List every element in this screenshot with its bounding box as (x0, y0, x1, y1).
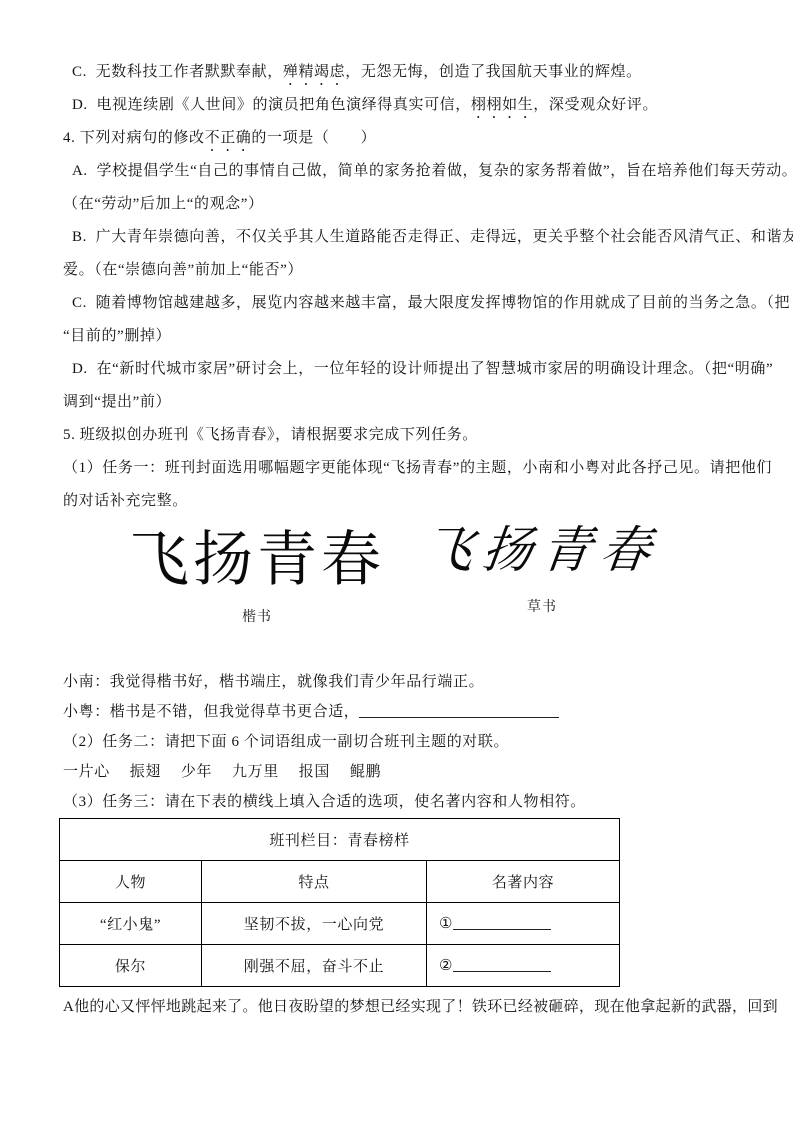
calligraphy-kaishu-label: 楷书 (126, 606, 388, 626)
text-line: 调到“提出”前） (63, 386, 735, 419)
emphasized-text: 不正确 (205, 130, 252, 146)
text-line: （在“劳动”后加上“的观念”） (63, 188, 735, 221)
answer-marker-2: ② (439, 958, 453, 974)
column-header-person: 人物 (60, 861, 202, 903)
text-run: 的对话补充完整。 (63, 493, 188, 509)
calligraphy-caoshu-text: 飞扬青春 (420, 510, 665, 582)
text-run: D. 在“新时代城市家居”研讨会上，一位年轻的设计师提出了智慧城市家居的明确设计… (72, 361, 773, 377)
famous-works-table: 班刊栏目：青春榜样 人物 特点 名著内容 “红小鬼” 坚韧不拔，一心向党 ① 保… (59, 818, 620, 987)
text-line: D. 电视连续剧《人世间》的演员把角色演绎得真实可信，栩栩如生，深受观众好评。 (63, 89, 735, 122)
text-line: 爱。（在“崇德向善”前加上“能否”） (63, 254, 735, 287)
excerpt-option-a-line: A他的心又怦怦地跳起来了。他日夜盼望的梦想已经实现了！铁环已经被砸碎，现在他拿起… (63, 995, 763, 1016)
calligraphy-caoshu-label: 草书 (424, 596, 660, 616)
answer-marker-1: ① (439, 916, 453, 932)
text-line: D. 在“新时代城市家居”研讨会上，一位年轻的设计师提出了智慧城市家居的明确设计… (63, 353, 735, 386)
calligraphy-kaishu-text: 飞扬青春 (126, 512, 388, 598)
text-line: A. 学校提倡学生“自己的事情自己做，简单的家务抢着做，复杂的家务帮着做”，旨在… (63, 155, 735, 188)
person-cell: “红小鬼” (60, 903, 202, 945)
table-title-row: 班刊栏目：青春榜样 (60, 819, 620, 861)
text-line: 5. 班级拟创办班刊《飞扬青春》，请根据要求完成下列任务。 (63, 419, 735, 452)
text-run: 调到“提出”前） (63, 394, 171, 410)
trait-cell: 刚强不屈，奋斗不止 (202, 945, 427, 987)
table-row: 保尔 刚强不屈，奋斗不止 ② (60, 945, 620, 987)
table-header-row: 人物 特点 名著内容 (60, 861, 620, 903)
table-row: “红小鬼” 坚韧不拔，一心向党 ① (60, 903, 620, 945)
text-line: 小粤：楷书是不错，但我觉得草书更合适， (63, 697, 735, 727)
person-cell: 保尔 (60, 945, 202, 987)
content-cell: ① (427, 903, 620, 945)
question-text-block: C. 无数科技工作者默默奉献，殚精竭虑，无怨无悔，创造了我国航天事业的辉煌。D.… (63, 56, 735, 518)
answer-blank-1 (453, 915, 551, 930)
text-run: 5. 班级拟创办班刊《飞扬青春》，请根据要求完成下列任务。 (63, 427, 478, 443)
text-run: 的一项是（ ） (251, 130, 376, 146)
calligraphy-caoshu-sample: 飞扬青春 草书 (424, 510, 660, 616)
text-line: “目前的”删掉） (63, 320, 735, 353)
text-run: 4. 下列对病句的修改 (63, 130, 205, 146)
trait-cell: 坚韧不拔，一心向党 (202, 903, 427, 945)
table-title-cell: 班刊栏目：青春榜样 (60, 819, 620, 861)
text-run: ，无怨无悔，创造了我国航天事业的辉煌。 (345, 64, 641, 80)
text-run: （3）任务三：请在下表的横线上填入合适的选项，使名著内容和人物相符。 (63, 794, 586, 810)
text-line: B. 广大青年崇德向善，不仅关乎其人生道路能否走得正、走得远，更关乎整个社会能否… (63, 221, 735, 254)
text-run: ，深受观众好评。 (533, 97, 658, 113)
text-line: 一片心 振翅 少年 九万里 报国 鲲鹏 (63, 757, 735, 787)
blank-underline (359, 703, 559, 718)
text-line: 4. 下列对病句的修改不正确的一项是（ ） (63, 122, 735, 155)
text-run: 小粤：楷书是不错，但我觉得草书更合适， (63, 704, 359, 720)
text-run: （1）任务一：班刊封面选用哪幅题字更能体现“飞扬青春”的主题，小南和小粤对此各抒… (63, 460, 772, 476)
text-line: （3）任务三：请在下表的横线上填入合适的选项，使名著内容和人物相符。 (63, 787, 735, 817)
text-run: （在“劳动”后加上“的观念”） (63, 196, 264, 212)
text-line: C. 随着博物馆越建越多，展览内容越来越丰富，最大限度发挥博物馆的作用就成了目前… (63, 287, 735, 320)
dialogue-tasks-block: 小南：我觉得楷书好，楷书端庄，就像我们青少年品行端正。小粤：楷书是不错，但我觉得… (63, 667, 735, 817)
emphasized-text: 栩栩如生 (471, 97, 533, 113)
text-line: （1）任务一：班刊封面选用哪幅题字更能体现“飞扬青春”的主题，小南和小粤对此各抒… (63, 452, 735, 485)
text-run: 爱。（在“崇德向善”前加上“能否”） (63, 262, 303, 278)
answer-blank-2 (453, 957, 551, 972)
text-line: 小南：我觉得楷书好，楷书端庄，就像我们青少年品行端正。 (63, 667, 735, 697)
document-page: { "document": { "section1_lines": [ {"in… (0, 0, 793, 1122)
text-run: “目前的”删掉） (63, 328, 171, 344)
text-run: A. 学校提倡学生“自己的事情自己做，简单的家务抢着做，复杂的家务帮着做”，旨在… (72, 163, 793, 179)
content-cell: ② (427, 945, 620, 987)
calligraphy-kaishu-sample: 飞扬青春 楷书 (126, 512, 388, 626)
column-header-content: 名著内容 (427, 861, 620, 903)
text-run: 小南：我觉得楷书好，楷书端庄，就像我们青少年品行端正。 (63, 674, 484, 690)
text-line: C. 无数科技工作者默默奉献，殚精竭虑，无怨无悔，创造了我国航天事业的辉煌。 (63, 56, 735, 89)
text-run: C. 无数科技工作者默默奉献， (72, 64, 283, 80)
text-run: 一片心 振翅 少年 九万里 报国 鲲鹏 (63, 764, 381, 780)
text-run: D. 电视连续剧《人世间》的演员把角色演绎得真实可信， (72, 97, 471, 113)
text-run: C. 随着博物馆越建越多，展览内容越来越丰富，最大限度发挥博物馆的作用就成了目前… (72, 295, 790, 311)
text-line: （2）任务二：请把下面 6 个词语组成一副切合班刊主题的对联。 (63, 727, 735, 757)
emphasized-text: 殚精竭虑 (283, 64, 345, 80)
column-header-trait: 特点 (202, 861, 427, 903)
text-run: B. 广大青年崇德向善，不仅关乎其人生道路能否走得正、走得远，更关乎整个社会能否… (72, 229, 793, 245)
text-run: （2）任务二：请把下面 6 个词语组成一副切合班刊主题的对联。 (63, 734, 509, 750)
